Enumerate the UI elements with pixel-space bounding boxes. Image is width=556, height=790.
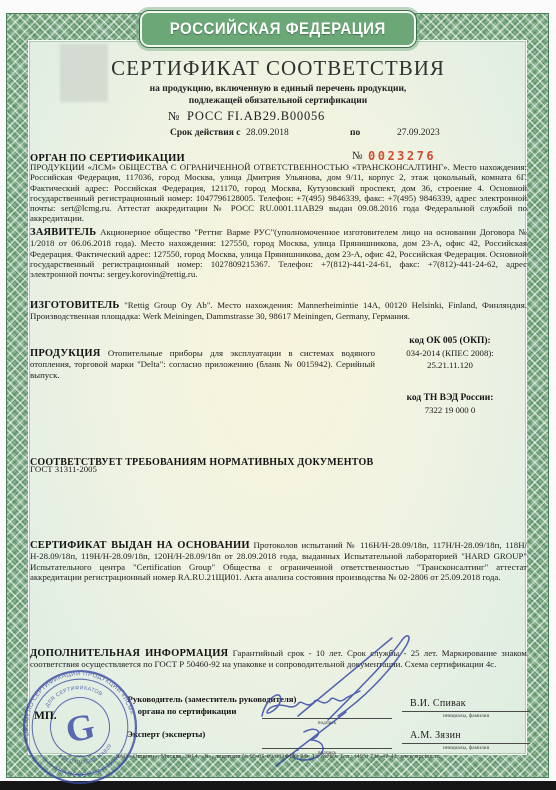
organ-section-text: ПРОДУКЦИИ «ЛСМ» ОБЩЕСТВА С ОГРАНИЧЕННОЙ …: [30, 162, 527, 224]
validity-label: Срок действия с: [170, 128, 240, 138]
certificate-page: { "colors": { "border_green": "#86b38e",…: [0, 0, 556, 790]
okp-code-label: код ОК 005 (ОКП):: [370, 336, 530, 346]
applicant-text: Акционерное общество "Реттиг Варме РУС"(…: [30, 227, 527, 279]
blank-number-value: 0023276: [368, 149, 436, 163]
manufacturer-label: ИЗГОТОВИТЕЛЬ: [30, 300, 120, 311]
country-banner-text: РОССИЙСКАЯ ФЕДЕРАЦИЯ: [170, 19, 386, 39]
certificate-number-label: №: [168, 109, 179, 124]
okp-code-block: код ОК 005 (ОКП): 034-2014 (КПЕС 2008): …: [370, 336, 530, 370]
head-signature-flourish: [298, 636, 409, 720]
printer-imprint: ЗАО «Опцион», Москва, 2014, «В», лицензи…: [0, 754, 556, 760]
applicant-section: ЗАЯВИТЕЛЬ Акционерное общество "Реттиг В…: [30, 227, 527, 279]
validity-to-date: 27.09.2023: [397, 128, 440, 138]
validity-from-date: 28.09.2018: [246, 128, 289, 138]
additional-info-label: ДОПОЛНИТЕЛЬНАЯ ИНФОРМАЦИЯ: [30, 648, 228, 659]
certificate-subtitle-line1: на продукцию, включенную в единый перече…: [0, 84, 556, 94]
basis-label: СЕРТИФИКАТ ВЫДАН НА ОСНОВАНИИ: [30, 540, 250, 551]
tnved-code-value: 7322 19 000 0: [370, 405, 530, 415]
compliance-section-label: СООТВЕТСТВУЕТ ТРЕБОВАНИЯМ НОРМАТИВНЫХ ДО…: [30, 452, 527, 470]
production-label: ПРОДУКЦИЯ: [30, 348, 101, 359]
blank-number-label: №: [352, 150, 363, 162]
production-section: ПРОДУКЦИЯ Отопительные приборы для экспл…: [30, 348, 375, 380]
applicant-label: ЗАЯВИТЕЛЬ: [30, 227, 96, 238]
stamp-center-monogram: G: [62, 705, 98, 751]
certificate-subtitle-line2: подлежащей обязательной сертификации: [0, 96, 556, 106]
tnved-code-label: код ТН ВЭД России:: [370, 393, 530, 403]
okp-code-value: 25.21.11.120: [370, 360, 530, 370]
compliance-standard: ГОСТ 31311-2005: [30, 464, 97, 474]
certificate-number-value: РОСС FI.AB29.B00056: [187, 109, 325, 124]
basis-section: СЕРТИФИКАТ ВЫДАН НА ОСНОВАНИИ Протоколов…: [30, 540, 527, 582]
round-stamp: ОРГАН ПО СЕРТИФИКАЦИИ ПРОДУКЦИИ «ЛСМ» • …: [20, 667, 140, 787]
certificate-title: СЕРТИФИКАТ СООТВЕТСТВИЯ: [0, 56, 556, 81]
mp-seal-label: МП.: [34, 710, 57, 722]
manufacturer-section: ИЗГОТОВИТЕЛЬ "Rettig Group Oy Ab". Место…: [30, 300, 527, 322]
tnved-code-block: код ТН ВЭД России: 7322 19 000 0: [370, 393, 530, 415]
country-banner: РОССИЙСКАЯ ФЕДЕРАЦИЯ: [140, 11, 416, 47]
validity-to-label: по: [350, 128, 360, 138]
handwritten-signatures: [240, 628, 460, 768]
okp-code-line2: 034-2014 (КПЕС 2008):: [370, 348, 530, 358]
